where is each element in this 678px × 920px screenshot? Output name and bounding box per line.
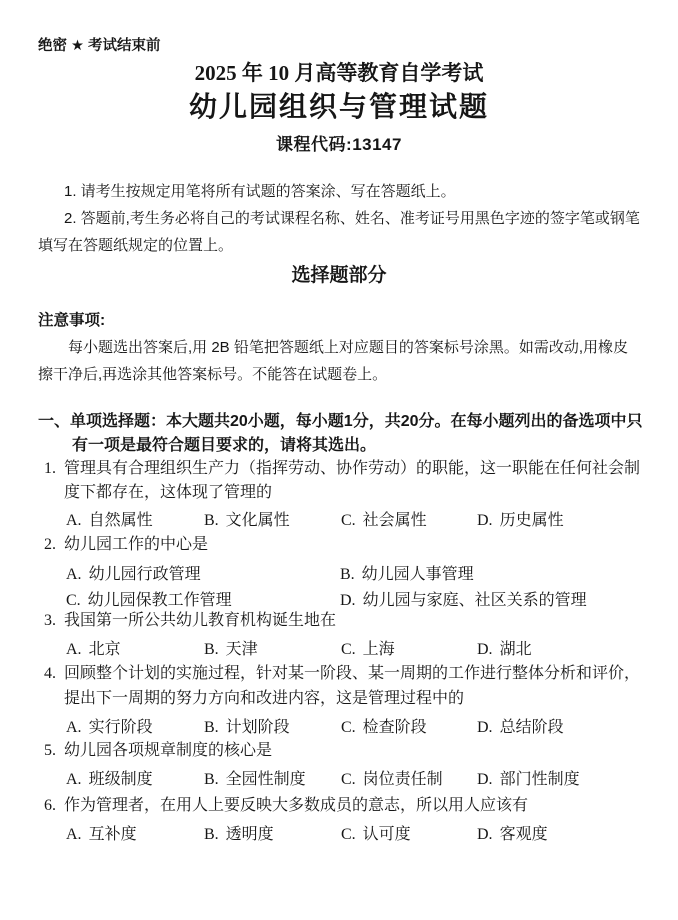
question-2-number: 2. — [44, 535, 64, 554]
question-1: 1.管理具有合理组织生产力（指挥劳动、协作劳动）的职能，这一职能在任何社会制 — [44, 459, 640, 478]
option-B: B.全园性制度 — [204, 766, 341, 789]
option-A: A.实行阶段 — [66, 714, 204, 737]
section-title: 选择题部分 — [0, 265, 678, 288]
instruction-line-1: 1. 请考生按规定用笔将所有试题的答案涂、写在答题纸上。 — [64, 183, 456, 201]
question-6-number: 6. — [44, 796, 64, 815]
notice-line-1: 每小题选出答案后,用 2B 铅笔把答题纸上对应题目的答案标号涂黑。如需改动,用橡… — [68, 339, 628, 357]
option-A: A.幼儿园行政管理 — [66, 561, 340, 584]
question-3: 3.我国第一所公共幼儿教育机构诞生地在 — [44, 611, 336, 630]
question-6: 6.作为管理者，在用人上要反映大多数成员的意志，所以用人应该有 — [44, 796, 528, 815]
option-A: A.北京 — [66, 636, 204, 659]
instruction-line-2: 2. 答题前,考生务必将自己的考试课程名称、姓名、准考证号用黑色字迹的签字笔或钢… — [64, 210, 640, 228]
option-D: D.幼儿园与家庭、社区关系的管理 — [340, 587, 666, 610]
option-B: B.天津 — [204, 636, 341, 659]
option-D: D.总结阶段 — [477, 714, 666, 737]
option-C: C.幼儿园保教工作管理 — [66, 587, 340, 610]
option-B: B.透明度 — [204, 821, 341, 844]
notice-heading: 注意事项: — [38, 312, 105, 331]
option-C: C.上海 — [341, 636, 477, 659]
option-D: D.部门性制度 — [477, 766, 666, 789]
option-A: A.班级制度 — [66, 766, 204, 789]
question-3-number: 3. — [44, 611, 64, 630]
question-5-number: 5. — [44, 741, 64, 760]
instruction-line-2-wrap: 填写在答题纸规定的位置上。 — [38, 237, 233, 255]
option-A: A.互补度 — [66, 821, 204, 844]
question-3-options: A.北京 B.天津 C.上海 D.湖北 — [66, 636, 666, 659]
paper-title: 幼儿园组织与管理试题 — [0, 90, 678, 124]
question-2-options-row-2: C.幼儿园保教工作管理 D.幼儿园与家庭、社区关系的管理 — [66, 587, 666, 610]
question-1-stem: 管理具有合理组织生产力（指挥劳动、协作劳动）的职能，这一职能在任何社会制 — [64, 460, 640, 477]
part-one-heading-line-1: 一、单项选择题：本大题共20小题，每小题1分，共20分。在每小题列出的备选项中只 — [38, 412, 643, 431]
question-6-stem: 作为管理者，在用人上要反映大多数成员的意志，所以用人应该有 — [64, 797, 528, 814]
question-1-options: A.自然属性 B.文化属性 C.社会属性 D.历史属性 — [66, 507, 666, 530]
course-code: 课程代码:13147 — [0, 135, 678, 155]
option-D: D.历史属性 — [477, 507, 666, 530]
exam-paper-page: 绝密 ★ 考试结束前 2025 年 10 月高等教育自学考试 幼儿园组织与管理试… — [0, 0, 678, 920]
question-4-stem-wrap: 提出下一周期的努力方向和改进内容，这是管理过程中的 — [64, 689, 464, 708]
option-B: B.计划阶段 — [204, 714, 341, 737]
option-D: D.客观度 — [477, 821, 666, 844]
classification-label: 绝密 ★ 考试结束前 — [38, 38, 161, 55]
option-C: C.社会属性 — [341, 507, 477, 530]
question-1-number: 1. — [44, 459, 64, 478]
exam-session-title: 2025 年 10 月高等教育自学考试 — [0, 61, 678, 86]
question-4-stem: 回顾整个计划的实施过程，针对某一阶段、某一周期的工作进行整体分析和评价， — [64, 665, 640, 682]
option-A: A.自然属性 — [66, 507, 204, 530]
option-C: C.岗位责任制 — [341, 766, 477, 789]
question-5-options: A.班级制度 B.全园性制度 C.岗位责任制 D.部门性制度 — [66, 766, 666, 789]
question-2-stem: 幼儿园工作的中心是 — [64, 536, 208, 553]
question-4-options: A.实行阶段 B.计划阶段 C.检查阶段 D.总结阶段 — [66, 714, 666, 737]
option-C: C.认可度 — [341, 821, 477, 844]
part-one-heading-line-2: 有一项是最符合题目要求的，请将其选出。 — [72, 436, 376, 455]
option-B: B.幼儿园人事管理 — [340, 561, 666, 584]
question-4-number: 4. — [44, 664, 64, 683]
question-2-options-row-1: A.幼儿园行政管理 B.幼儿园人事管理 — [66, 561, 666, 584]
option-C: C.检查阶段 — [341, 714, 477, 737]
question-5-stem: 幼儿园各项规章制度的核心是 — [64, 742, 272, 759]
option-D: D.湖北 — [477, 636, 666, 659]
notice-line-2: 擦干净后,再选涂其他答案标号。不能答在试题卷上。 — [38, 366, 387, 384]
question-4: 4.回顾整个计划的实施过程，针对某一阶段、某一周期的工作进行整体分析和评价， — [44, 664, 640, 683]
question-1-stem-wrap: 度下都存在，这体现了管理的 — [64, 483, 272, 502]
question-5: 5.幼儿园各项规章制度的核心是 — [44, 741, 272, 760]
question-2: 2.幼儿园工作的中心是 — [44, 535, 208, 554]
question-6-options: A.互补度 B.透明度 C.认可度 D.客观度 — [66, 821, 666, 844]
option-B: B.文化属性 — [204, 507, 341, 530]
question-3-stem: 我国第一所公共幼儿教育机构诞生地在 — [64, 612, 336, 629]
